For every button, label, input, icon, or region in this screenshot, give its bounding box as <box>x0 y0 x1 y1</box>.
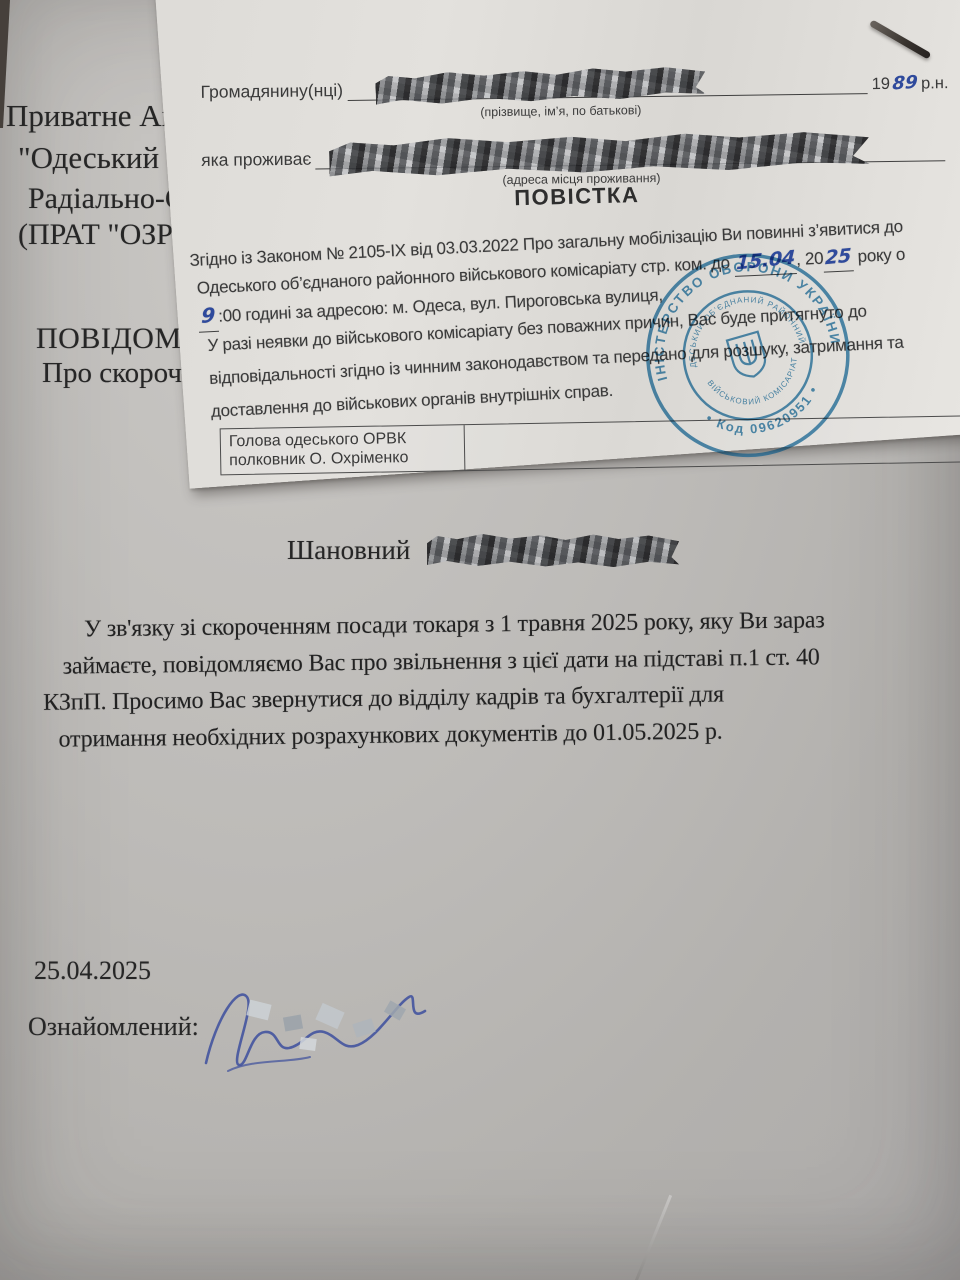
signer-name: полковник О. Охріменко <box>229 447 456 470</box>
birth-year-suffix: р.н. <box>921 74 949 93</box>
address-line <box>315 131 945 169</box>
birth-year-prefix: 19 <box>872 75 891 94</box>
trident-icon <box>727 332 769 381</box>
address-row: яка проживає (адреса місця проживання) <box>201 131 950 191</box>
photo-background: Приватне Ак "Одеський За Радіально-Св (П… <box>0 0 960 1280</box>
recipient-row: Громадянину(нці) 19 89 р.н. (прізвище, і… <box>200 67 949 123</box>
redaction-block <box>427 534 679 567</box>
letter-body: У зв'язку зі скороченням посади токаря з… <box>28 602 826 758</box>
signature <box>192 975 447 1097</box>
recipient-label: Громадянину(нці) <box>200 80 343 103</box>
handwritten-birth-year: 89 <box>892 72 919 95</box>
letter-header-line: Приватне Ак <box>6 98 177 134</box>
letter-date: 25.04.2025 <box>34 956 151 986</box>
military-summons: Громадянину(нці) 19 89 р.н. (прізвище, і… <box>150 0 960 489</box>
salutation-text: Шановний <box>287 535 410 565</box>
acknowledged-label: Ознайомлений: <box>28 1012 199 1042</box>
summons-title: ПОВІСТКА <box>514 182 640 211</box>
pen-object <box>869 19 931 59</box>
handwritten-time: 9 <box>201 302 216 330</box>
letter-header-line: (ПРАТ "ОЗРС <box>18 218 193 252</box>
redaction-block <box>375 64 706 106</box>
recipient-name-line <box>347 68 868 101</box>
salutation: Шановний <box>287 534 679 567</box>
paragraph-text: року о <box>857 244 905 265</box>
recipient-caption: (прізвище, ім’я, по батькові) <box>411 102 711 120</box>
signer-cell: Голова одеського ОРВК полковник О. Охрім… <box>221 425 466 474</box>
address-label: яка проживає <box>201 149 311 171</box>
redaction-block <box>299 1037 317 1051</box>
